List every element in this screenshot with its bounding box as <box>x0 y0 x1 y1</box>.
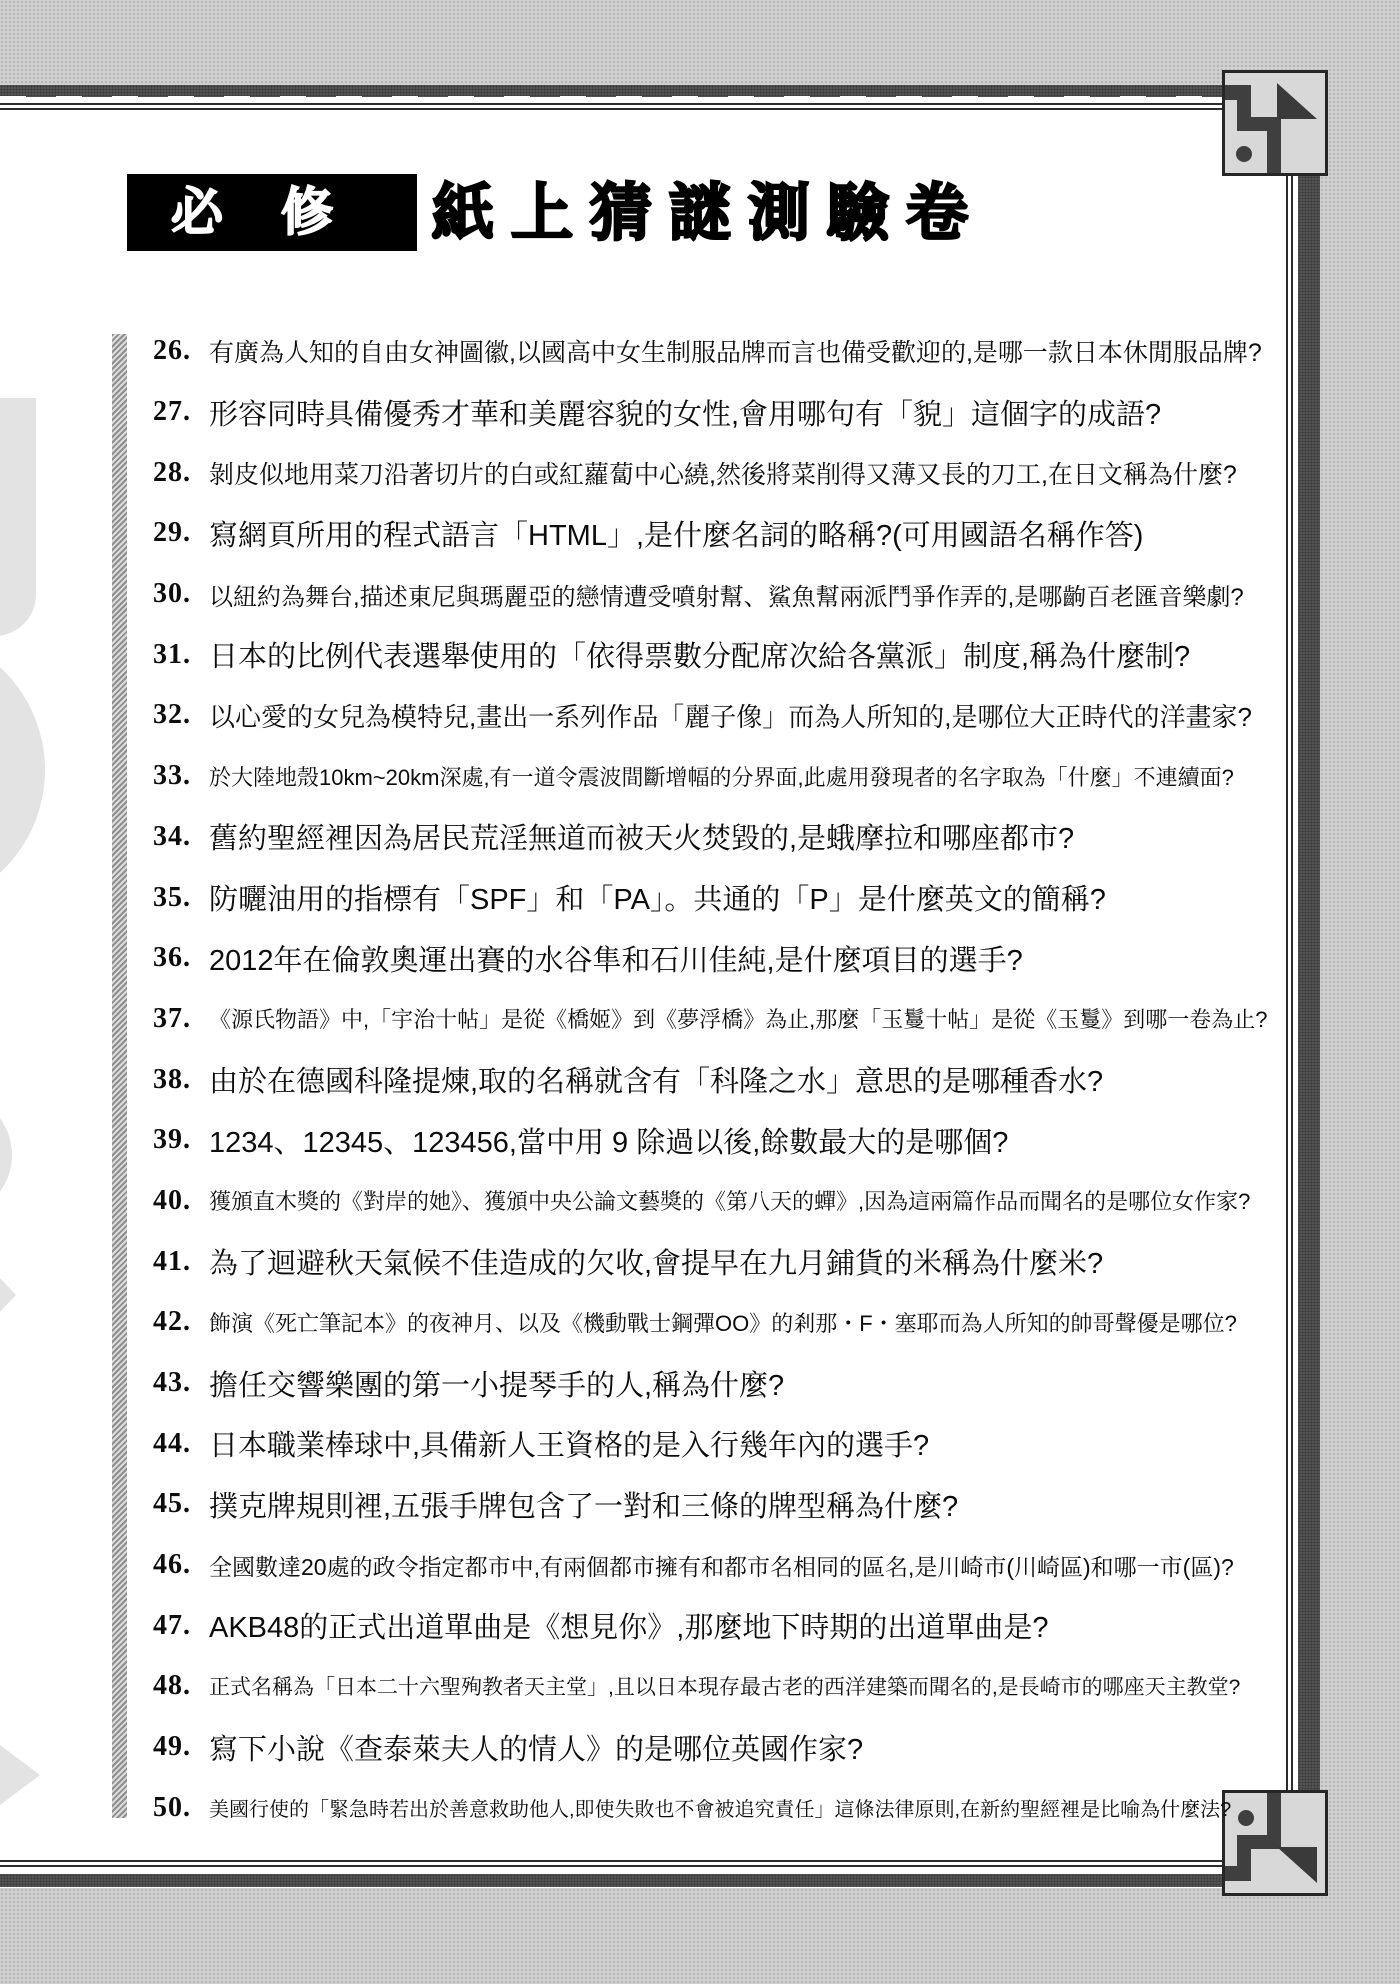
question-number: 48. <box>153 1670 209 1702</box>
question-number: 31. <box>153 639 209 671</box>
question-row: 49. 寫下小說《查泰萊夫人的情人》的是哪位英國作家? <box>153 1717 1275 1778</box>
question-text: 擔任交響樂團的第一小提琴手的人,稱為什麼? <box>209 1363 1275 1404</box>
question-text: 飾演《死亡筆記本》的夜神月、以及《機動戰士鋼彈OO》的剎那・F・塞耶而為人所知的… <box>209 1307 1275 1338</box>
question-row: 26. 有廣為人知的自由女神圖徽,以國高中女生制服品牌而言也備受歡迎的,是哪一款… <box>153 321 1275 382</box>
corner-arrow-icon <box>1277 1847 1317 1883</box>
right-halftone-band <box>1320 0 1400 1984</box>
question-text: 撲克牌規則裡,五張手牌包含了一對和三條的牌型稱為什麼? <box>209 1484 1275 1525</box>
question-row: 50. 美國行使的「緊急時若出於善意救助他人,即使失敗也不會被追究責任」這條法律… <box>153 1778 1275 1839</box>
question-number: 30. <box>153 578 209 610</box>
question-text: 日本職業棒球中,具備新人王資格的是入行幾年內的選手? <box>209 1423 1275 1464</box>
bottom-rule <box>0 1860 1293 1867</box>
question-text: 形容同時具備優秀才華和美麗容貌的女性,會用哪句有「貌」這個字的成語? <box>209 392 1275 433</box>
question-row: 41. 為了迴避秋天氣候不佳造成的欠收,會提早在九月鋪貨的米稱為什麼米? <box>153 1231 1275 1292</box>
question-number: 33. <box>153 760 209 792</box>
question-row: 42. 飾演《死亡筆記本》的夜神月、以及《機動戰士鋼彈OO》的剎那・F・塞耶而為… <box>153 1292 1275 1353</box>
question-row: 44. 日本職業棒球中,具備新人王資格的是入行幾年內的選手? <box>153 1413 1275 1474</box>
question-number: 27. <box>153 396 209 428</box>
question-row: 38. 由於在德國科隆提煉,取的名稱就含有「科隆之水」意思的是哪種香水? <box>153 1049 1275 1110</box>
question-row: 32. 以心愛的女兒為模特兒,畫出一系列作品「麗子像」而為人所知的,是哪位大正時… <box>153 685 1275 746</box>
question-text: 1234、12345、123456,當中用 9 除過以後,餘數最大的是哪個? <box>209 1120 1275 1161</box>
question-row: 28. 剝皮似地用菜刀沿著切片的白或紅蘿蔔中心繞,然後將菜削得又薄又長的刀工,在… <box>153 442 1275 503</box>
question-number: 46. <box>153 1549 209 1581</box>
question-number: 47. <box>153 1610 209 1642</box>
question-number: 38. <box>153 1064 209 1096</box>
quiz-page: 必修 紙上猜謎測驗卷 26. 有廣為人知的自由女神圖徽,以國高中女生制服品牌而言… <box>0 0 1400 1984</box>
question-text: 2012年在倫敦奧運出賽的水谷隼和石川佳純,是什麼項目的選手? <box>209 938 1275 979</box>
question-text: 防曬油用的指標有「SPF」和「PA」。共通的「P」是什麼英文的簡稱? <box>209 877 1275 918</box>
question-row: 31. 日本的比例代表選舉使用的「依得票數分配席次給各黨派」制度,稱為什麼制? <box>153 624 1275 685</box>
question-text: 為了迴避秋天氣候不佳造成的欠收,會提早在九月鋪貨的米稱為什麼米? <box>209 1241 1275 1282</box>
corner-arrow-icon <box>1277 83 1317 119</box>
question-text: 寫下小說《查泰萊夫人的情人》的是哪位英國作家? <box>209 1727 1275 1768</box>
watermark-shape <box>0 398 36 636</box>
question-text: 正式名稱為「日本二十六聖殉教者天主堂」,且以日本現存最古老的西洋建築而聞名的,是… <box>209 1671 1275 1701</box>
question-text: 以心愛的女兒為模特兒,畫出一系列作品「麗子像」而為人所知的,是哪位大正時代的洋畫… <box>209 697 1275 734</box>
top-rule <box>0 103 1293 110</box>
question-number: 42. <box>153 1306 209 1338</box>
top-frame-dashes <box>0 96 1230 101</box>
question-text: 以紐約為舞台,描述東尼與瑪麗亞的戀情遭受噴射幫、鯊魚幫兩派鬥爭作弄的,是哪齣百老… <box>209 577 1275 612</box>
question-row: 35. 防曬油用的指標有「SPF」和「PA」。共通的「P」是什麼英文的簡稱? <box>153 867 1275 928</box>
question-number: 39. <box>153 1124 209 1156</box>
watermark-shape <box>0 1278 16 1312</box>
bottom-frame-bar <box>0 1874 1230 1887</box>
question-list: 26. 有廣為人知的自由女神圖徽,以國高中女生制服品牌而言也備受歡迎的,是哪一款… <box>153 321 1275 1838</box>
question-text: 於大陸地殼10km~20km深處,有一道令震波間斷增幅的分界面,此處用發現者的名… <box>209 761 1275 792</box>
question-row: 33. 於大陸地殼10km~20km深處,有一道令震波間斷增幅的分界面,此處用發… <box>153 746 1275 807</box>
question-row: 46. 全國數達20處的政令指定都市中,有兩個都市擁有和都市名相同的區名,是川崎… <box>153 1535 1275 1596</box>
question-text: 由於在德國科隆提煉,取的名稱就含有「科隆之水」意思的是哪種香水? <box>209 1059 1275 1100</box>
right-rule <box>1286 103 1293 1860</box>
question-number: 36. <box>153 942 209 974</box>
question-row: 47. AKB48的正式出道單曲是《想見你》,那麼地下時期的出道單曲是? <box>153 1595 1275 1656</box>
required-badge: 必修 <box>127 174 417 251</box>
question-text: 《源氏物語》中,「宇治十帖」是從《橋姬》到《夢浮橋》為止,那麼「玉鬘十帖」是從《… <box>209 1003 1275 1034</box>
right-frame-bar <box>1298 80 1320 1894</box>
question-number: 32. <box>153 699 209 731</box>
question-number: 45. <box>153 1488 209 1520</box>
question-number: 40. <box>153 1185 209 1217</box>
question-text: 剝皮似地用菜刀沿著切片的白或紅蘿蔔中心繞,然後將菜削得又薄又長的刀工,在日文稱為… <box>209 455 1275 491</box>
question-row: 27. 形容同時具備優秀才華和美麗容貌的女性,會用哪句有「貌」這個字的成語? <box>153 382 1275 443</box>
watermark-shape <box>0 1745 40 1805</box>
question-row: 29. 寫網頁所用的程式語言「HTML」,是什麼名詞的略稱?(可用國語名稱作答) <box>153 503 1275 564</box>
question-number: 35. <box>153 882 209 914</box>
question-row: 40. 獲頒直木獎的《對岸的她》、獲頒中央公論文藝獎的《第八天的蟬》,因為這兩篇… <box>153 1171 1275 1232</box>
question-row: 36. 2012年在倫敦奧運出賽的水谷隼和石川佳純,是什麼項目的選手? <box>153 928 1275 989</box>
question-number: 37. <box>153 1003 209 1035</box>
question-number: 34. <box>153 821 209 853</box>
bottom-halftone-band <box>0 1888 1400 1984</box>
question-text: 全國數達20處的政令指定都市中,有兩個都市擁有和都市名相同的區名,是川崎市(川崎… <box>209 1549 1275 1582</box>
question-text: 日本的比例代表選舉使用的「依得票數分配席次給各黨派」制度,稱為什麼制? <box>209 634 1275 675</box>
question-number: 29. <box>153 517 209 549</box>
question-row: 45. 撲克牌規則裡,五張手牌包含了一對和三條的牌型稱為什麼? <box>153 1474 1275 1535</box>
question-number: 41. <box>153 1246 209 1278</box>
question-number: 26. <box>153 335 209 367</box>
page-title: 紙上猜謎測驗卷 <box>432 170 985 256</box>
question-row: 39. 1234、12345、123456,當中用 9 除過以後,餘數最大的是哪… <box>153 1110 1275 1171</box>
top-halftone-band <box>0 0 1400 85</box>
question-row: 30. 以紐約為舞台,描述東尼與瑪麗亞的戀情遭受噴射幫、鯊魚幫兩派鬥爭作弄的,是… <box>153 564 1275 625</box>
question-margin-bar <box>112 334 127 1818</box>
question-row: 34. 舊約聖經裡因為居民荒淫無道而被天火焚毀的,是蛾摩拉和哪座都市? <box>153 807 1275 868</box>
question-number: 49. <box>153 1731 209 1763</box>
watermark-shape <box>0 630 45 910</box>
frame-dot-top <box>1236 146 1252 162</box>
watermark-shape <box>0 1093 12 1217</box>
question-text: 美國行使的「緊急時若出於善意救助他人,即使失敗也不會被追究責任」這條法律原則,在… <box>209 1793 1275 1822</box>
question-number: 28. <box>153 457 209 489</box>
question-number: 44. <box>153 1428 209 1460</box>
question-row: 37. 《源氏物語》中,「宇治十帖」是從《橋姬》到《夢浮橋》為止,那麼「玉鬘十帖… <box>153 989 1275 1050</box>
question-text: 舊約聖經裡因為居民荒淫無道而被天火焚毀的,是蛾摩拉和哪座都市? <box>209 816 1275 857</box>
question-row: 48. 正式名稱為「日本二十六聖殉教者天主堂」,且以日本現存最古老的西洋建築而聞… <box>153 1656 1275 1717</box>
question-number: 50. <box>153 1792 209 1824</box>
question-text: AKB48的正式出道單曲是《想見你》,那麼地下時期的出道單曲是? <box>209 1605 1275 1646</box>
question-text: 獲頒直木獎的《對岸的她》、獲頒中央公論文藝獎的《第八天的蟬》,因為這兩篇作品而聞… <box>209 1185 1275 1216</box>
question-row: 43. 擔任交響樂團的第一小提琴手的人,稱為什麼? <box>153 1353 1275 1414</box>
question-number: 43. <box>153 1367 209 1399</box>
question-text: 寫網頁所用的程式語言「HTML」,是什麼名詞的略稱?(可用國語名稱作答) <box>209 513 1275 554</box>
question-text: 有廣為人知的自由女神圖徽,以國高中女生制服品牌而言也備受歡迎的,是哪一款日本休閒… <box>209 333 1275 369</box>
